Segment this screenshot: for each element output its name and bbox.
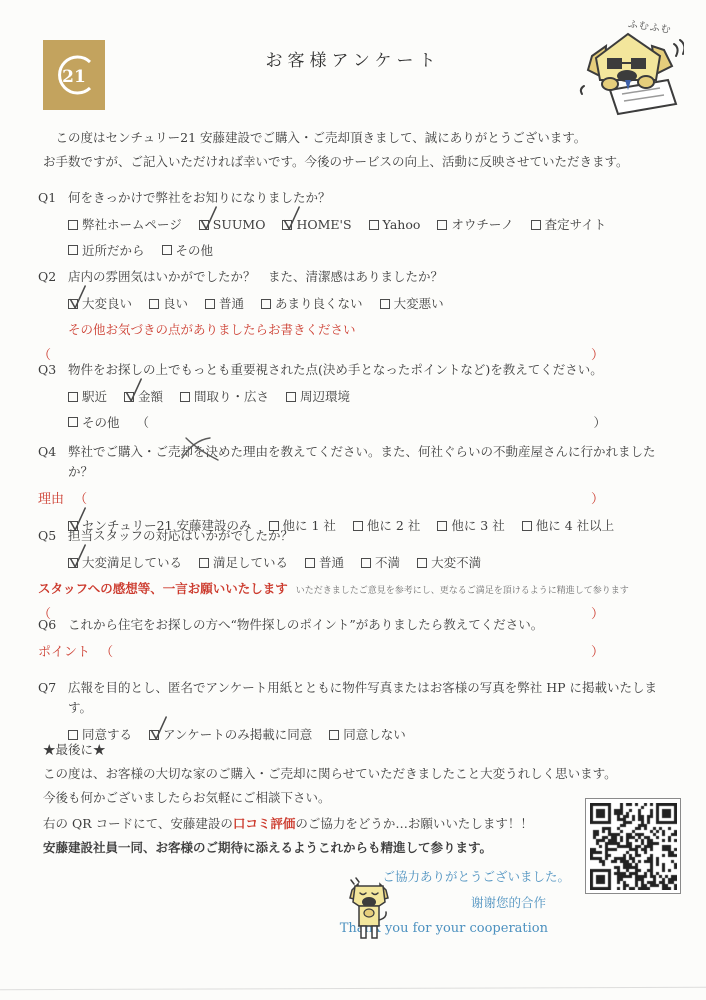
intro-line-2: お手数ですが、ご記入いただければ幸いです。今後のサービスの向上、活動に反映させて… bbox=[43, 150, 672, 174]
question-4-reason-field[interactable]: 理由 （ ） bbox=[38, 491, 604, 509]
checkbox[interactable] bbox=[199, 558, 209, 568]
question-3-text: 物件をお探しの上でもっとも重要視された点(決め手となったポイントなど)を教えてく… bbox=[68, 360, 676, 380]
option-label: 普通 bbox=[219, 295, 244, 312]
option-label: 大変不満 bbox=[431, 554, 481, 571]
qr-code-image bbox=[590, 803, 677, 890]
close-paren: ） bbox=[591, 644, 604, 662]
checkbox-option[interactable]: 間取り・広さ bbox=[180, 388, 269, 405]
review-highlight: 口コミ評価 bbox=[233, 816, 296, 831]
close-paren: ） bbox=[593, 414, 606, 431]
checkbox-option[interactable]: Yahoo bbox=[369, 216, 421, 233]
open-paren: （ bbox=[100, 645, 113, 660]
checkbox-option[interactable]: 大変不満 bbox=[417, 554, 481, 571]
checkbox[interactable] bbox=[369, 220, 379, 230]
option-label: 大変良い bbox=[82, 295, 132, 312]
checkbox-option[interactable]: 駅近 bbox=[68, 388, 107, 405]
pen-scribble-mark bbox=[176, 436, 226, 462]
option-row: 弊社ホームページSUUMOHOME'SYahooオウチーノ査定サイト bbox=[68, 216, 676, 234]
checkbox-option[interactable]: 普通 bbox=[305, 554, 344, 571]
checkbox[interactable] bbox=[68, 417, 78, 427]
closing-star-heading: ★最後に★ bbox=[43, 738, 672, 762]
open-paren: （ bbox=[137, 414, 150, 431]
bowing-dog-mascot-icon bbox=[345, 876, 393, 940]
option-label: オウチーノ bbox=[451, 216, 513, 233]
question-6-number: Q6 bbox=[38, 615, 68, 635]
option-label: 査定サイト bbox=[545, 216, 607, 233]
point-label: ポイント bbox=[38, 645, 90, 660]
option-row: 大変満足している満足している普通不満大変不満 bbox=[68, 554, 676, 572]
checkbox-option[interactable]: 周辺環境 bbox=[286, 388, 350, 405]
checkbox-option[interactable]: 金額 bbox=[124, 388, 163, 405]
question-1-options: 弊社ホームページSUUMOHOME'SYahooオウチーノ査定サイト近所だからそ… bbox=[68, 216, 676, 259]
question-7: Q7 広報を目的とし、匿名でアンケート用紙とともに物件写真またはお客様の写真を弊… bbox=[38, 678, 676, 744]
checkbox-option[interactable]: 普通 bbox=[205, 295, 244, 312]
question-2-options: 大変良い良い普通あまり良くない大変悪い bbox=[68, 295, 676, 313]
checkbox-checked[interactable] bbox=[68, 558, 78, 568]
option-label: HOME'S bbox=[296, 216, 351, 233]
question-7-number: Q7 bbox=[38, 678, 68, 718]
option-label: Yahoo bbox=[383, 216, 421, 233]
question-7-text: 広報を目的とし、匿名でアンケート用紙とともに物件写真またはお客様の写真を弊社 H… bbox=[68, 678, 676, 718]
question-1-number: Q1 bbox=[38, 188, 68, 208]
question-6: Q6 これから住宅をお探しの方へ“物件探しのポイント”がありましたら教えてくださ… bbox=[38, 615, 676, 662]
checkbox[interactable] bbox=[68, 220, 78, 230]
checkbox-option[interactable]: 大変悪い bbox=[380, 295, 444, 312]
question-5-number: Q5 bbox=[38, 526, 68, 546]
question-2-text: 店内の雰囲気はいかがでしたか？ また、清潔感はありましたか？ bbox=[68, 267, 676, 287]
qr-request-paragraph: 右の QR コードにて、安藤建設の口コミ評価のご協力をどうか…お願いいたします！… bbox=[43, 812, 588, 860]
question-3-options: 駅近金額間取り・広さ周辺環境 bbox=[68, 388, 676, 406]
checkbox[interactable] bbox=[68, 245, 78, 255]
option-label: 間取り・広さ bbox=[194, 388, 269, 405]
checkbox-checked[interactable] bbox=[282, 220, 292, 230]
option-label: その他 bbox=[82, 414, 120, 431]
intro-line-1: この度はセンチュリー21 安藤建設でご購入・ご売却頂きまして、誠にありがとうござ… bbox=[43, 126, 672, 150]
question-3: Q3 物件をお探しの上でもっとも重要視された点(決め手となったポイントなど)を教… bbox=[38, 360, 676, 431]
question-2-free-note: その他お気づきの点がありましたらお書きください bbox=[68, 320, 676, 338]
closing-paragraph: ★最後に★ この度は、お客様の大切な家のご購入・ご売却に関らせていただきましたこ… bbox=[43, 738, 672, 810]
question-4-number: Q4 bbox=[38, 442, 68, 482]
checkbox-option[interactable]: 大変良い bbox=[68, 295, 132, 312]
checkbox[interactable] bbox=[305, 558, 315, 568]
question-5-text: 担当スタッフの対応はいかがでしたか？ bbox=[68, 526, 676, 546]
checkbox-option[interactable]: オウチーノ bbox=[437, 216, 513, 233]
option-label: 大変満足している bbox=[82, 554, 182, 571]
question-3-other-row[interactable]: その他 （ ） bbox=[68, 414, 606, 431]
checkbox-option[interactable]: その他 bbox=[68, 414, 120, 431]
checkbox-checked[interactable] bbox=[199, 220, 209, 230]
option-row: 近所だからその他 bbox=[68, 242, 676, 260]
question-2: Q2 店内の雰囲気はいかがでしたか？ また、清潔感はありましたか？ 大変良い良い… bbox=[38, 267, 676, 365]
checkbox-option[interactable]: その他 bbox=[162, 242, 214, 259]
qr-request-line: 右の QR コードにて、安藤建設の口コミ評価のご協力をどうか…お願いいたします！… bbox=[43, 812, 588, 836]
option-label: 大変悪い bbox=[394, 295, 444, 312]
checkbox[interactable] bbox=[380, 299, 390, 309]
question-6-point-field[interactable]: ポイント （ ） bbox=[38, 644, 604, 662]
checkbox[interactable] bbox=[286, 392, 296, 402]
question-2-number: Q2 bbox=[38, 267, 68, 287]
checkbox[interactable] bbox=[437, 220, 447, 230]
checkbox-checked[interactable] bbox=[68, 299, 78, 309]
checkbox-option[interactable]: 満足している bbox=[199, 554, 288, 571]
option-label: 近所だから bbox=[82, 242, 145, 259]
checkbox[interactable] bbox=[261, 299, 271, 309]
checkbox-option[interactable]: SUUMO bbox=[199, 216, 266, 233]
staff-pledge-line: 安藤建設社員一同、お客様のご期待に添えるようこれからも精進して参ります。 bbox=[43, 836, 588, 860]
question-5-small-note: いただきましたご意見を参考にし、更なるご満足を頂けるように精進して参ります bbox=[296, 586, 629, 596]
reading-dog-mascot-icon bbox=[576, 16, 684, 126]
question-4-text: 弊社でご購入・ご売却を決めた理由を教えてください。また、何社ぐらいの不動産屋さん… bbox=[68, 442, 676, 482]
checkbox-option[interactable]: 査定サイト bbox=[531, 216, 607, 233]
qr-code bbox=[585, 798, 681, 894]
closing-line-1: この度は、お客様の大切な家のご購入・ご売却に関らせていただきましたこと大変うれし… bbox=[43, 762, 672, 786]
scan-edge-line bbox=[0, 987, 706, 990]
checkbox[interactable] bbox=[531, 220, 541, 230]
survey-page: 21 お客様アンケート ふむふむ この度はセンチュリー21 安藤建設でご購入・ご… bbox=[0, 0, 706, 1000]
question-4: Q4 弊社でご購入・ご売却を決めた理由を教えてください。また、何社ぐらいの不動産… bbox=[38, 442, 676, 535]
option-row: 駅近金額間取り・広さ周辺環境 bbox=[68, 388, 676, 406]
option-label: 不満 bbox=[375, 554, 400, 571]
checkbox[interactable] bbox=[180, 392, 190, 402]
checkbox-option[interactable]: 弊社ホームページ bbox=[68, 216, 182, 233]
checkbox-option[interactable]: あまり良くない bbox=[261, 295, 363, 312]
option-label: 満足している bbox=[213, 554, 288, 571]
option-label: SUUMO bbox=[213, 216, 266, 233]
option-label: 弊社ホームページ bbox=[82, 216, 182, 233]
question-6-text: これから住宅をお探しの方へ“物件探しのポイント”がありましたら教えてください。 bbox=[68, 615, 676, 635]
checkbox-option[interactable]: 近所だから bbox=[68, 242, 145, 259]
option-row: 大変良い良い普通あまり良くない大変悪い bbox=[68, 295, 676, 313]
question-1: Q1 何をきっかけで弊社をお知りになりましたか？ 弊社ホームページSUUMOHO… bbox=[38, 188, 676, 259]
option-label: 駅近 bbox=[82, 388, 107, 405]
checkbox-option[interactable]: 大変満足している bbox=[68, 554, 182, 571]
checkbox[interactable] bbox=[162, 245, 172, 255]
question-5-free-note: スタッフへの感想等、一言お願いいたしますいただきましたご意見を参考にし、更なるご… bbox=[38, 579, 676, 597]
checkbox-option[interactable]: HOME'S bbox=[282, 216, 351, 233]
option-label: 普通 bbox=[319, 554, 344, 571]
option-label: あまり良くない bbox=[275, 295, 363, 312]
checkbox-option[interactable]: 不満 bbox=[361, 554, 400, 571]
closing-line-2: 今後も何かございましたらお気軽にご相談下さい。 bbox=[43, 786, 672, 810]
checkbox-checked[interactable] bbox=[124, 392, 134, 402]
checkbox-option[interactable]: 良い bbox=[149, 295, 188, 312]
intro-paragraph: この度はセンチュリー21 安藤建設でご購入・ご売却頂きまして、誠にありがとうござ… bbox=[43, 126, 672, 174]
checkbox[interactable] bbox=[361, 558, 371, 568]
option-label: 周辺環境 bbox=[300, 388, 350, 405]
close-paren: ） bbox=[591, 491, 604, 509]
checkbox[interactable] bbox=[205, 299, 215, 309]
question-5-options: 大変満足している満足している普通不満大変不満 bbox=[68, 554, 676, 572]
question-1-text: 何をきっかけで弊社をお知りになりましたか？ bbox=[68, 188, 676, 208]
question-5: Q5 担当スタッフの対応はいかがでしたか？ 大変満足している満足している普通不満… bbox=[38, 526, 676, 624]
reason-label: 理由 bbox=[38, 492, 64, 507]
option-label: その他 bbox=[176, 242, 214, 259]
checkbox[interactable] bbox=[68, 392, 78, 402]
option-label: 良い bbox=[163, 295, 188, 312]
question-3-number: Q3 bbox=[38, 360, 68, 380]
checkbox[interactable] bbox=[417, 558, 427, 568]
checkbox[interactable] bbox=[149, 299, 159, 309]
